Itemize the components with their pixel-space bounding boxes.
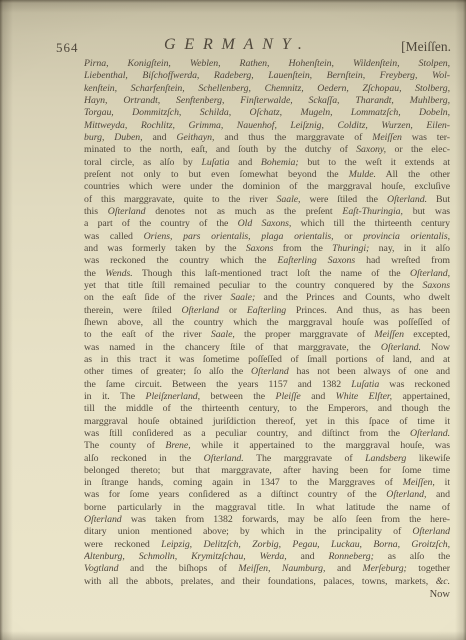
section-heading: [Meiſſen. [401,39,451,55]
text-line: till the middle of the thirteenth centur… [84,403,450,415]
text-line: was reckoned the country which the Eaſte… [84,255,450,267]
text-line: Hayn, Ortrandt, Senftenberg, Finſterwald… [84,95,450,107]
text-line: therein, were ſtiled Oſterland or Eaſter… [84,305,450,317]
text-line: preſent not only to but even ſomewhat be… [84,169,450,181]
text-line: toral circle, as alſo by Luſatia and Boh… [84,157,450,169]
text-line: The county of Brene, while it appertaine… [84,440,450,452]
text-line: Mittweyda, Rochlitz, Grimma, Nauenhof, L… [84,120,450,132]
text-line: of this marggravate, quite to the river … [84,194,450,206]
text-line: this Oſterland denotes not as much as th… [84,206,450,218]
text-line: Oſterland was taken from 1382 forwards, … [84,514,450,526]
text-line: as in this tract it was ſometime poſſeſſ… [84,354,450,366]
text-line: the ſame circuit. Between the years 1157… [84,379,450,391]
text-line: in it. The Pleiſznerland, between the Pl… [84,391,450,403]
text-line: with all the abbots, prelates, and their… [84,576,450,588]
text-line: ditary union mentioned above; by which i… [84,526,450,538]
text-line: was named in the chancery ſtile of that … [84,342,450,354]
text-line: Vogtland and the biſhops of Meiſſen, Nau… [84,563,450,575]
text-line: and was formerly taken by the Saxons fro… [84,243,450,255]
text-line: on the eaſt ſide of the river Saale; and… [84,292,450,304]
text-line: ſhewn above, all the country which the m… [84,317,450,329]
text-line: was for ſome years conſidered as a diſti… [84,489,450,501]
text-line: in ſtrange hands, coming again in 1347 t… [84,477,450,489]
text-line: countries which were under the dominion … [84,181,450,193]
text-line: was called Oriens, pars orientalis, plag… [84,231,450,243]
text-line: borne particularly in the maggraval titl… [84,502,450,514]
text-line: was ſtill conſidered as a peculiar count… [84,428,450,440]
catchword: Now [430,589,450,600]
text-line: Altenburg, Schmolln, Krymitzſchau, Werda… [84,551,450,563]
catchword-row: Now [84,589,450,600]
text-line: belonged thereto; but that marggravate, … [84,465,450,477]
text-line: were reckoned Leipzig, Delitzſch, Zorbig… [84,539,450,551]
text-line: Pirna, Konigſtein, Weblen, Rathen, Hohen… [84,58,450,70]
text-line: burg, Duben, and Geithayn, and thus the … [84,132,450,144]
text-line: kenſtein, Scharfenſtein, Schellenberg, C… [84,83,450,95]
text-line: to the eaſt of the river Saale, the prop… [84,329,450,341]
text-line: minated to the north, eaſt, and ſouth by… [84,144,450,156]
text-line: Liebenthal, Biſchofſwerda, Radeberg, Lau… [84,70,450,82]
running-title: GERMANY. [0,36,466,54]
text-line: Torgau, Dommitzſch, Schilda, Oſchatz, Mu… [84,107,450,119]
text-line: the Wends. Though this laſt-mentioned tr… [84,268,450,280]
text-line: alſo reckoned in the Oſterland. The marg… [84,453,450,465]
book-page: 564 GERMANY. [Meiſſen. Pirna, Konigſtein… [0,0,466,640]
body-text: Pirna, Konigſtein, Weblen, Rathen, Hohen… [84,58,450,588]
text-line: marggraval houſe obtained juriſdiction t… [84,416,450,428]
text-line: other times of greater; ſo alſo the Oſte… [84,366,450,378]
text-line: a part of the country of the Old Saxons,… [84,218,450,230]
text-line: yet that title ſtill remained peculiar t… [84,280,450,292]
